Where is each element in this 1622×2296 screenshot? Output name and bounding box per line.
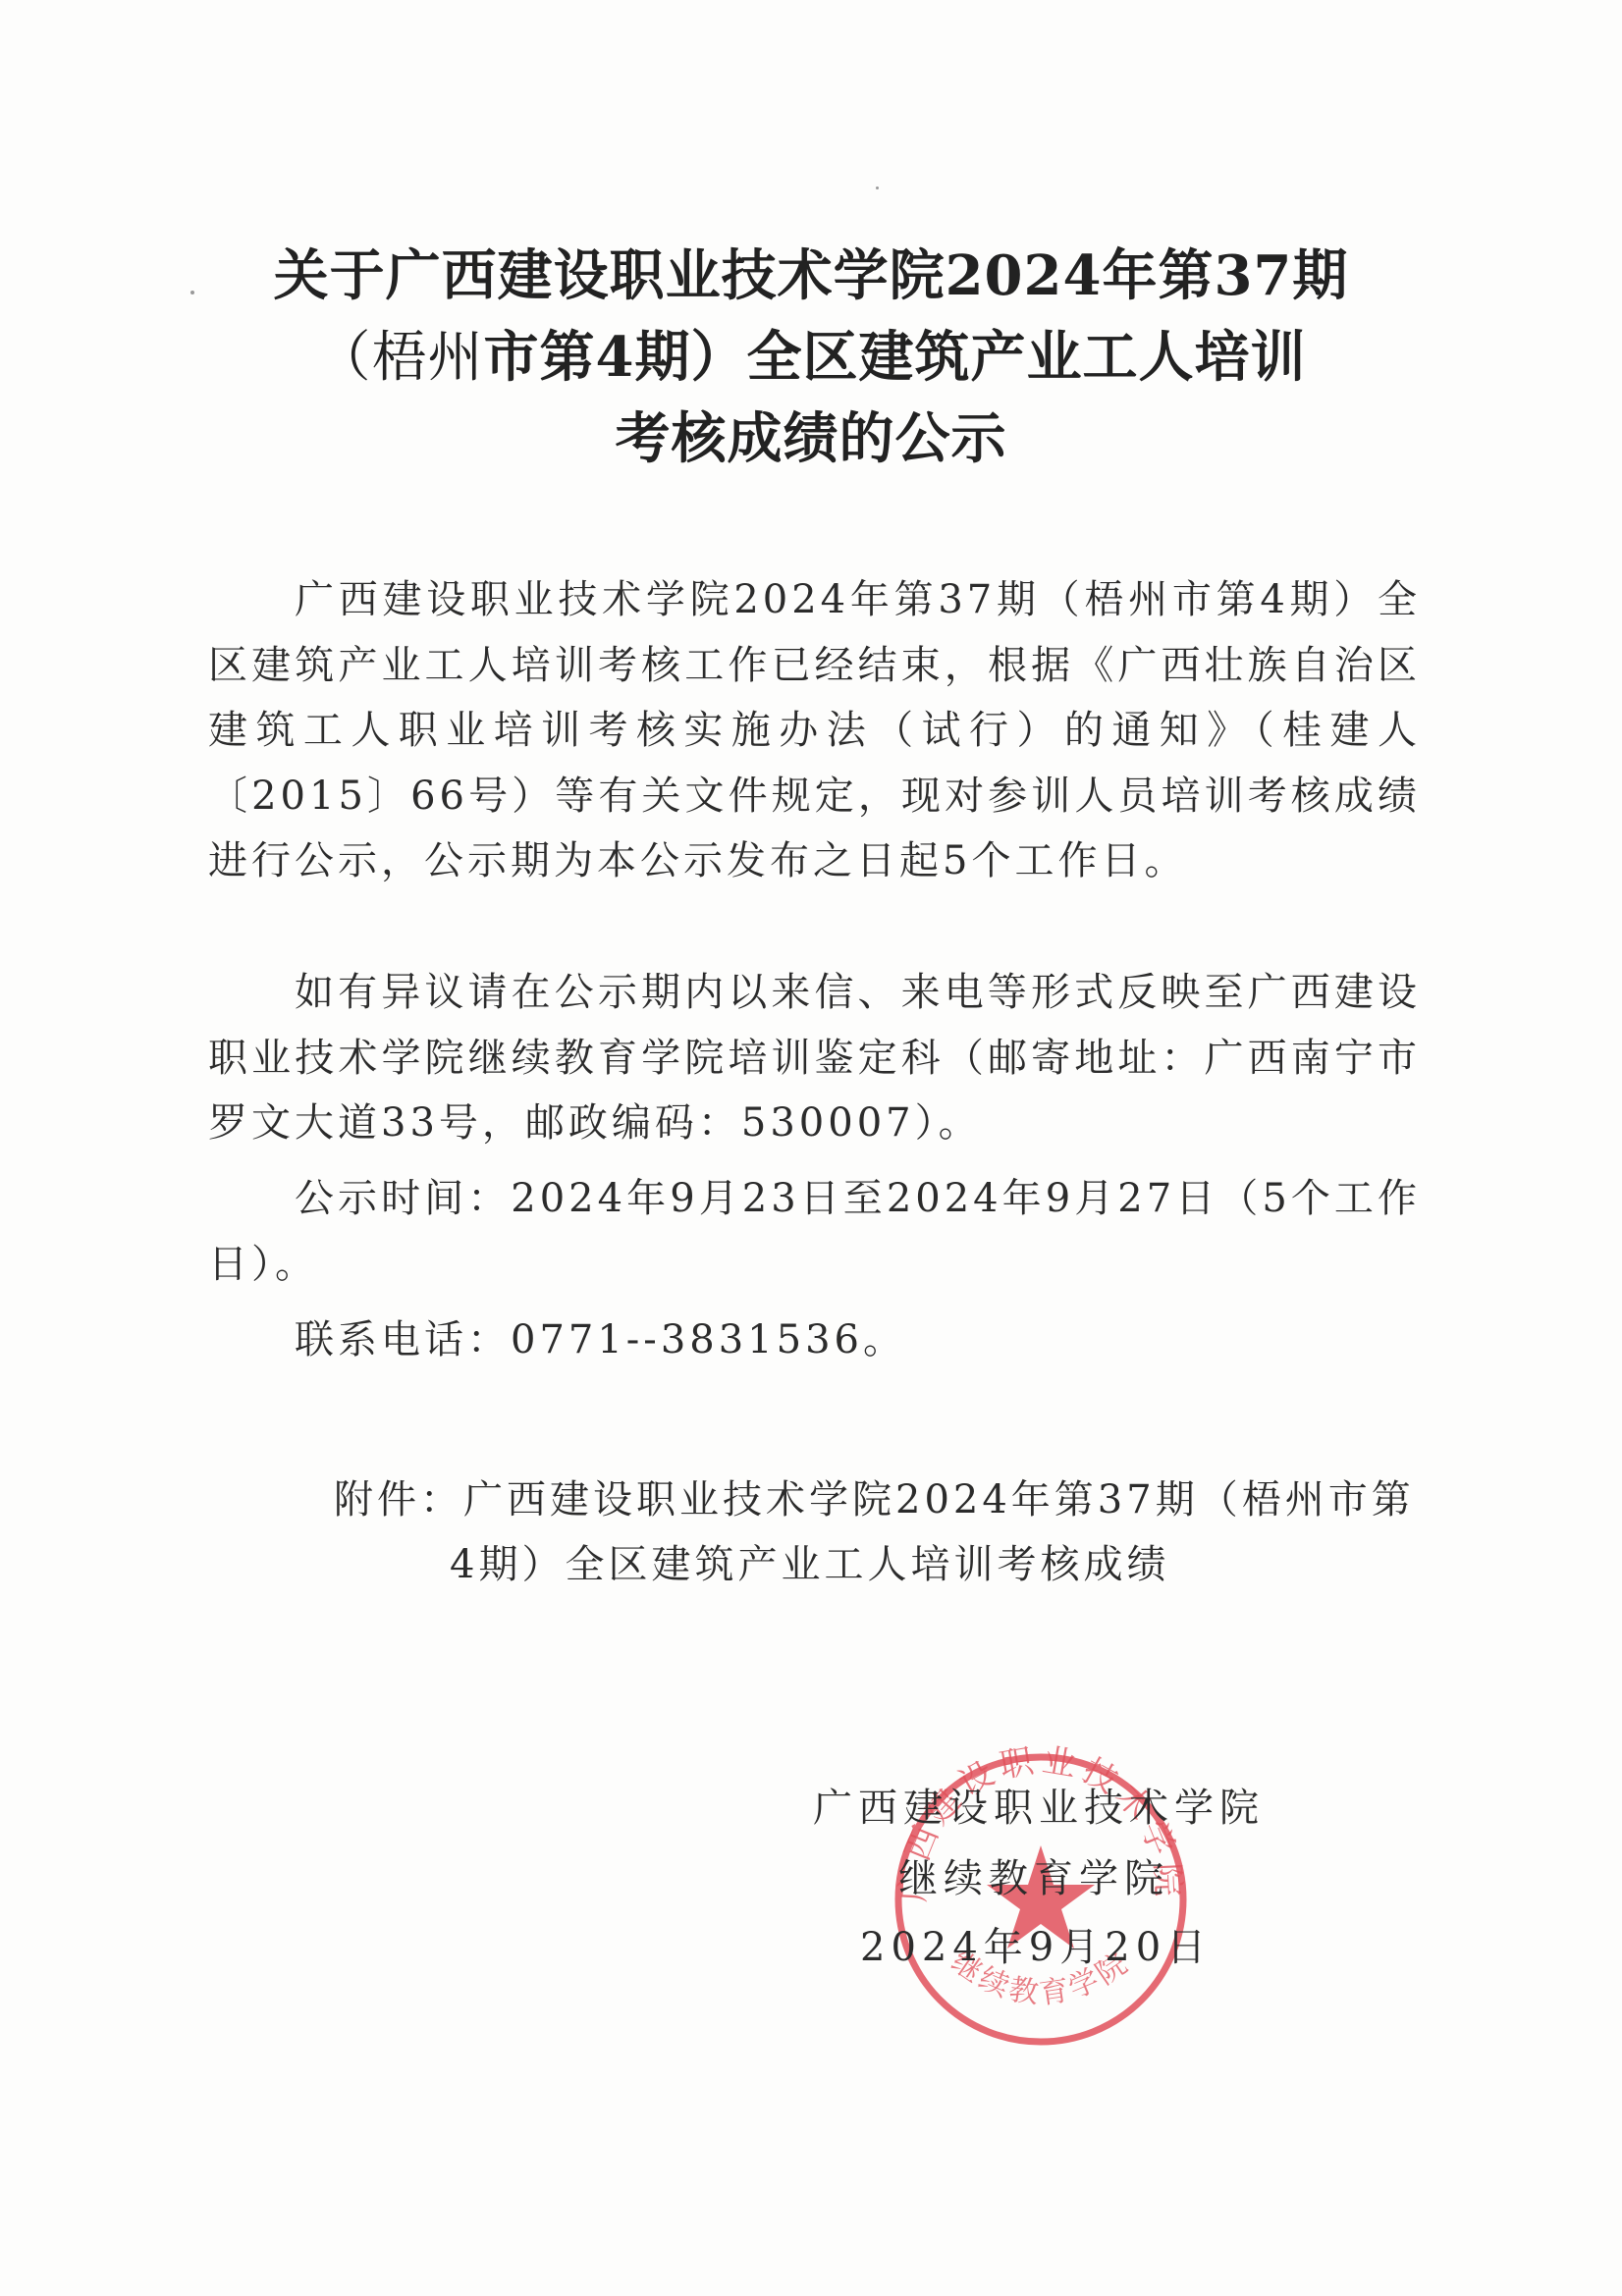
signature-department: 继续教育学院 bbox=[898, 1847, 1169, 1903]
signature-organization: 广西建设职业技术学院 bbox=[813, 1777, 1265, 1833]
document-title-line-2: （梧州市第4期）全区建筑产业工人培训 bbox=[0, 312, 1622, 403]
paragraph-objection: 如有异议请在公示期内以来信、来电等形式反映至广西建设职业技术学院继续教育学院培训… bbox=[208, 960, 1421, 1156]
paragraph-phone: 联系电话：0771--3831536。 bbox=[208, 1308, 1421, 1373]
paragraph-period: 公示时间：2024年9月23日至2024年9月27日（5个工作日）。 bbox=[208, 1166, 1421, 1297]
title-fragment-bold: 市第4期）全区建筑产业工人培训 bbox=[484, 325, 1307, 390]
signature-date: 2024年9月20日 bbox=[860, 1916, 1212, 1972]
document-title-line-1: 关于广西建设职业技术学院2024年第37期 bbox=[0, 231, 1622, 321]
title-fragment-light: （梧州 bbox=[316, 326, 484, 390]
scan-speck bbox=[190, 291, 194, 294]
scan-speck bbox=[876, 187, 879, 189]
attachment-line-1: 附件：广西建设职业技术学院2024年第37期（梧州市第 bbox=[334, 1477, 1415, 1522]
attachment-line-2: 4期）全区建筑产业工人培训考核成绩 bbox=[334, 1532, 1424, 1597]
attachment-note: 附件：广西建设职业技术学院2024年第37期（梧州市第 4期）全区建筑产业工人培… bbox=[334, 1468, 1424, 1597]
paragraph-intro: 广西建设职业技术学院2024年第37期（梧州市第4期）全区建筑产业工人培训考核工… bbox=[208, 567, 1421, 894]
document-title-line-3: 考核成绩的公示 bbox=[0, 394, 1622, 484]
